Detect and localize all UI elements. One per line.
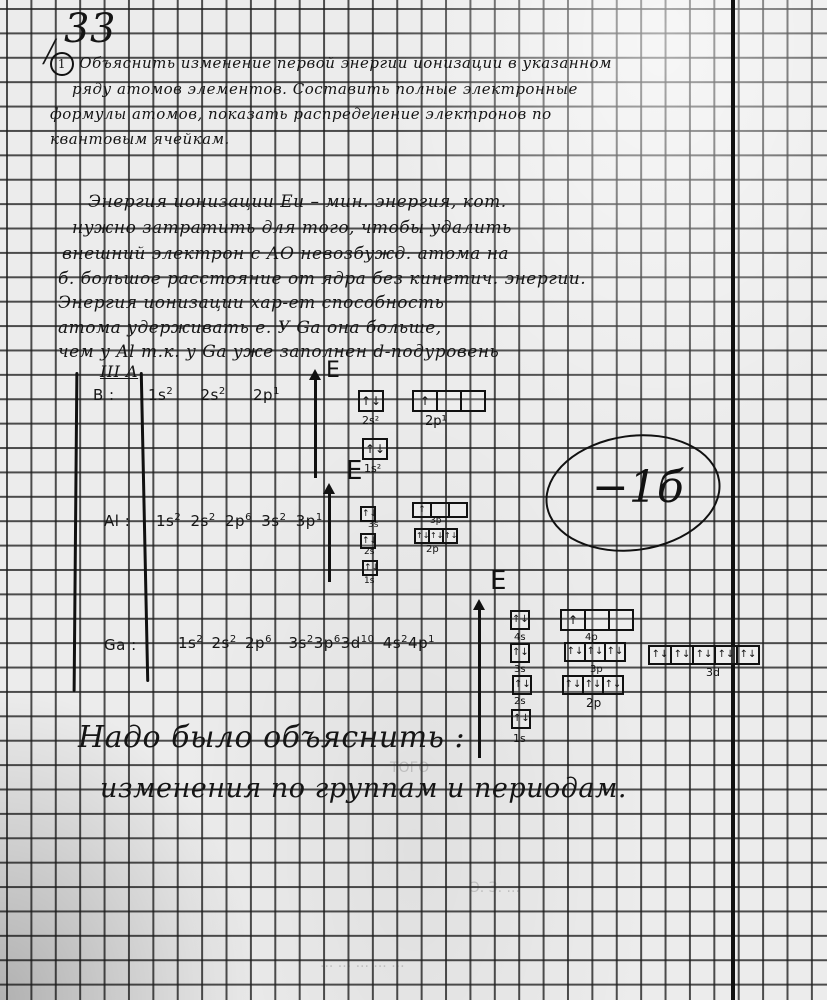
answer-line-2: нужно затратить для того, чтобы удалить xyxy=(72,218,512,238)
orbital-label-al-3s: 3s xyxy=(368,520,378,530)
orbital-b-2p: ↑ xyxy=(412,390,486,412)
task-line-4: квантовым ячейкам. xyxy=(50,130,230,148)
energy-label-ga: E xyxy=(490,566,506,596)
orbital-label-b-1s: 1s² xyxy=(364,462,381,475)
orbital-label-b-2p: 2p¹ xyxy=(425,414,447,429)
orbital-label-ga-1s: 1s xyxy=(513,732,526,745)
bleed-through-text: ... ... ... ... ... xyxy=(320,955,405,971)
orbital-b-2s: ↑↓ xyxy=(358,390,384,412)
energy-label-b: E xyxy=(326,358,340,383)
group-label: III A xyxy=(100,362,138,381)
bracket-line-right xyxy=(140,372,149,682)
answer-line-6: атома удерживать е. У Ga она больше, xyxy=(58,318,442,338)
task-marker: 1 xyxy=(50,52,74,76)
energy-axis-ga xyxy=(478,608,481,758)
config-ga: 1s2 2s2 2p6 3s23p63d10 4s24p1 xyxy=(178,634,435,652)
orbital-label-al-2p: 2p xyxy=(426,544,439,555)
bracket-line-left xyxy=(73,372,78,692)
orbital-label-ga-3d: 3d xyxy=(706,666,720,679)
answer-line-4: б. большое расстояние от ядра без кинети… xyxy=(58,269,586,289)
orbital-ga-3p: ↑↓ ↑↓ ↑↓ xyxy=(564,642,626,662)
answer-line-7: чем у Al т.к. у Ga уже заполнен d-подуро… xyxy=(58,342,499,362)
orbital-b-1s: ↑↓ xyxy=(362,438,388,460)
orbital-al-2p: ↑↓ ↑↓ ↑↓ xyxy=(414,528,458,544)
orbital-label-al-2s: 2s xyxy=(364,547,374,557)
orbital-label-ga-4s: 4s xyxy=(514,632,526,643)
orbital-label-ga-2s: 2s xyxy=(514,696,526,707)
orbital-label-b-2s: 2s² xyxy=(362,414,379,427)
energy-axis-b xyxy=(314,378,317,478)
orbital-ga-4s: ↑↓ xyxy=(510,610,530,630)
config-al: 1s2 2s2 2p6 3s2 3p1 xyxy=(156,512,323,530)
teacher-comment-line-1: Надо было объяснить : xyxy=(78,720,465,755)
bleed-through-text: Э. З. ... xyxy=(470,880,520,896)
element-label-ga: Ga : xyxy=(104,636,137,654)
teacher-comment-line-2: изменения по группам и периодам. xyxy=(100,773,627,804)
element-label-b: B : xyxy=(93,386,115,404)
task-line-2: ряду атомов элементов. Составить полные … xyxy=(72,80,578,98)
orbital-al-1s: ↑↓ xyxy=(362,560,378,576)
orbital-ga-2s: ↑↓ xyxy=(512,675,532,695)
orbital-ga-2p: ↑↓ ↑↓ ↑↓ xyxy=(562,675,624,695)
orbital-ga-3d: ↑↓ ↑↓ ↑↓ ↑↓ ↑↓ xyxy=(648,645,760,665)
orbital-label-al-3p: 3p xyxy=(430,516,441,526)
margin-line xyxy=(731,0,735,1000)
grade: −1б xyxy=(592,462,684,513)
orbital-label-ga-3p: 3p xyxy=(590,664,603,675)
task-line-3: формулы атомов, показать распределение э… xyxy=(50,105,552,123)
answer-line-1: Энергия ионизации Eи – мин. энергия, кот… xyxy=(88,192,507,212)
orbital-ga-3s: ↑↓ xyxy=(510,643,530,663)
orbital-label-ga-2p: 2p xyxy=(586,696,601,710)
orbital-label-ga-3s: 3s xyxy=(514,664,526,675)
orbital-ga-1s: ↑↓ xyxy=(511,709,531,729)
orbital-ga-4p: ↑ xyxy=(560,609,634,631)
task-line-1: 1 Объяснить изменение первой энергии ион… xyxy=(50,52,612,76)
energy-label-al: E xyxy=(346,456,362,486)
answer-line-3: внешний электрон с АО невозбужд. атома н… xyxy=(62,244,509,264)
energy-axis-al xyxy=(328,492,331,582)
orbital-label-al-1s: 1s xyxy=(364,576,374,586)
problem-number: 33 xyxy=(64,6,116,52)
element-label-al: Al : xyxy=(104,512,130,530)
answer-line-5: Энергия ионизации хар-ет способность xyxy=(58,293,444,313)
config-b: 1s2 2s2 2p1 xyxy=(148,386,280,404)
